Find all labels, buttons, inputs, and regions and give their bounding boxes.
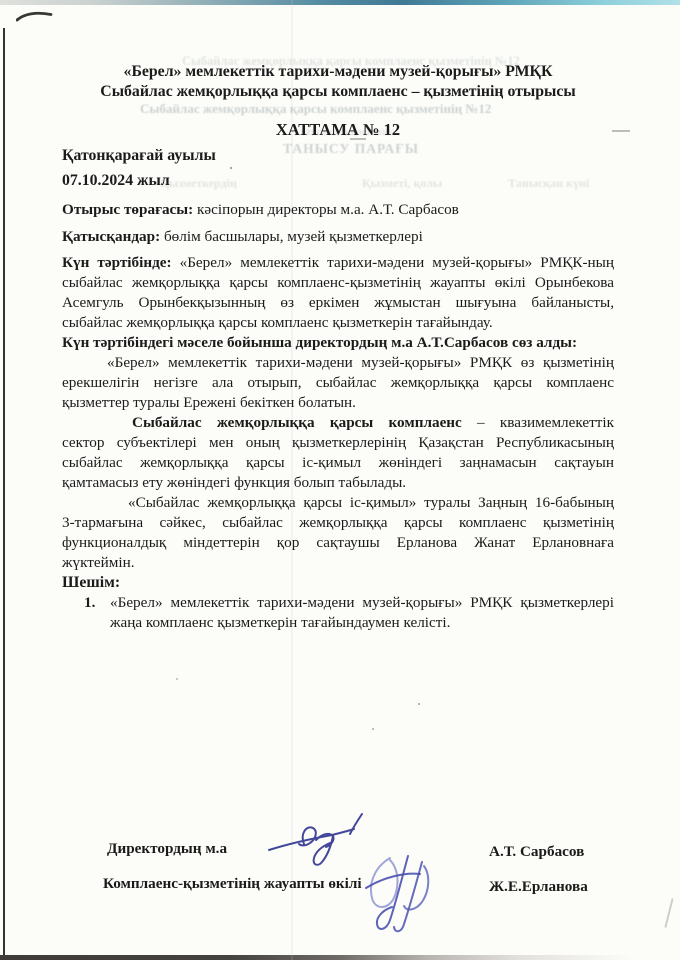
- decision-label: Шешім:: [62, 573, 614, 593]
- date-line: 07.10.2024 жыл: [62, 171, 614, 191]
- scan-left-edge-line: [3, 28, 5, 957]
- document-content: «Берел» мемлекеттік тарихи-мәдени музей-…: [62, 0, 614, 633]
- scanned-document-page: Сыбайлас жемқорлыққа қарсы комплаенс қыз…: [0, 0, 680, 960]
- speech-heading: Күн тәртібіндегі мәселе бойынша директор…: [62, 333, 614, 353]
- signature-role-1: Директордың м.а: [107, 840, 227, 858]
- speech-paragraph-1: «Берел» мемлекеттік тарихи-мәдени музей-…: [62, 353, 614, 413]
- signature-name-1: А.Т. Сарбасов: [489, 843, 584, 861]
- decision-item-text: «Берел» мемлекеттік тарихи-мәдени музей-…: [110, 593, 614, 633]
- scratch-mark: [664, 898, 673, 928]
- place-line: Қатонқарағай ауылы: [62, 146, 614, 166]
- pen-mark-artifact: [16, 11, 54, 24]
- scan-bottom-edge-band: [0, 955, 680, 960]
- attendees-line: Қатысқандар: бөлім басшылары, музей қызм…: [62, 227, 614, 247]
- decision-item-number: 1.: [84, 593, 95, 613]
- chair-line: Отырыс төрағасы: кәсіпорын директоры м.а…: [62, 200, 614, 220]
- document-title: ХАТТАМА № 12: [62, 120, 614, 140]
- agenda-paragraph: Күн тәртібінде: «Берел» мемлекеттік тари…: [62, 253, 614, 333]
- attendees-label: Қатысқандар:: [62, 228, 160, 245]
- org-name-line1: «Берел» мемлекеттік тарихи-мәдени музей-…: [62, 62, 614, 82]
- signature-role-2: Комплаенс-қызметінің жауапты өкілі: [103, 875, 362, 893]
- paper-speck: [372, 728, 374, 730]
- attendees-value: бөлім басшылары, музей қызметкерлері: [164, 228, 423, 245]
- chair-label: Отырыс төрағасы:: [62, 201, 193, 218]
- signature-2-ink: [360, 852, 446, 936]
- chair-value: кәсіпорын директоры м.а. А.Т. Сарбасов: [197, 201, 459, 218]
- paper-speck: [176, 678, 178, 680]
- ghost-dash: [612, 130, 630, 132]
- org-name-line2: Сыбайлас жемқорлыққа қарсы комплаенс – қ…: [62, 82, 614, 102]
- paper-speck: [418, 703, 420, 705]
- signature-1-ink: [266, 810, 370, 868]
- decision-item: 1. «Берел» мемлекеттік тарихи-мәдени муз…: [62, 593, 614, 633]
- speech-paragraph-2: Сыбайлас жемқорлыққа қарсы комплаенс – к…: [62, 413, 614, 493]
- speech-paragraph-3: «Сыбайлас жемқорлыққа қарсы іс-қимыл» ту…: [62, 493, 614, 573]
- signature-name-2: Ж.Е.Ерланова: [489, 878, 588, 896]
